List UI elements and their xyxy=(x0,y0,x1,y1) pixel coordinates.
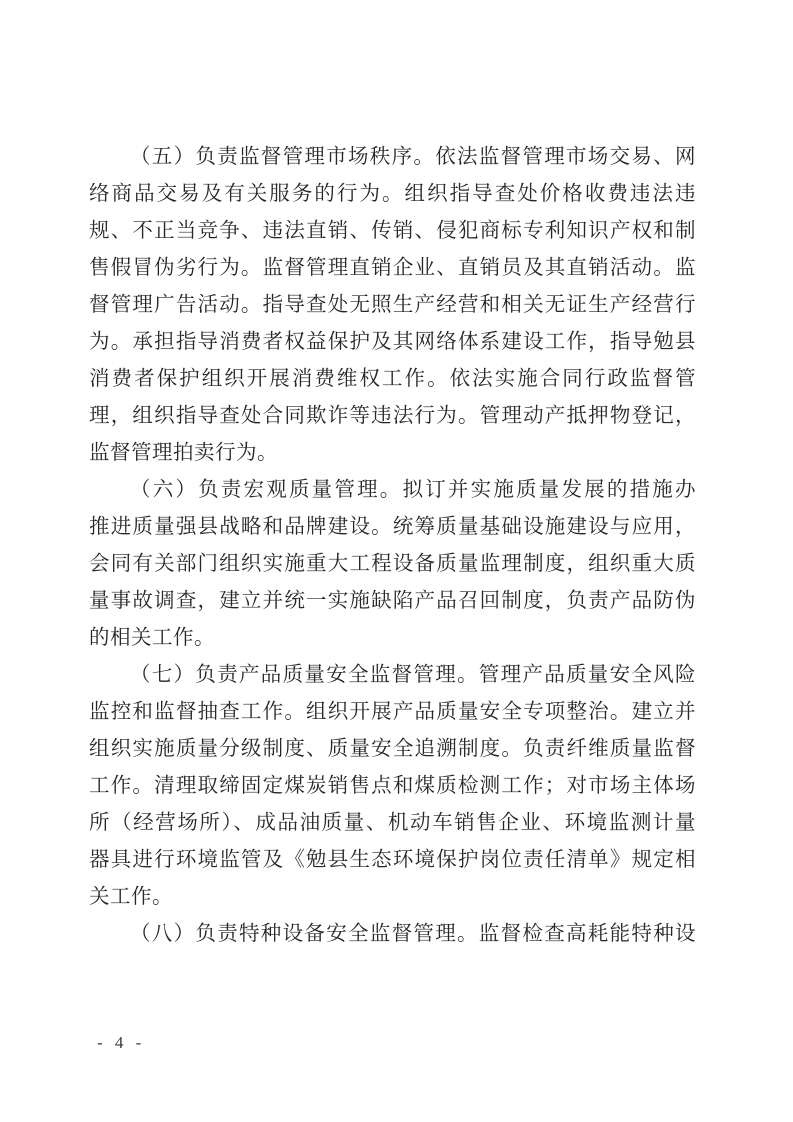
text-line: 量事故调查，建立并统一实施缺陷产品召回制度，负责产品防伪 xyxy=(89,583,696,620)
text-line: 理，组织指导查处合同欺诈等违法行为。管理动产抵押物登记， xyxy=(89,398,696,435)
text-line: 售假冒伪劣行为。监督管理直销企业、直销员及其直销活动。监 xyxy=(89,250,696,287)
page-number: - 4 - xyxy=(97,1033,145,1053)
text-line: 监督管理拍卖行为。 xyxy=(89,435,696,472)
document-page: （五）负责监督管理市场秩序。依法监督管理市场交易、网 络商品交易及有关服务的行为… xyxy=(0,0,793,1122)
text-line: 器具进行环境监管及《勉县生态环境保护岗位责任清单》规定相 xyxy=(89,842,696,879)
text-line: （七）负责产品质量安全监督管理。管理产品质量安全风险 xyxy=(89,657,696,694)
text-line: （五）负责监督管理市场秩序。依法监督管理市场交易、网 xyxy=(89,139,696,176)
text-line: （六）负责宏观质量管理。拟订并实施质量发展的措施办法， xyxy=(89,472,696,509)
text-line: （八）负责特种设备安全监督管理。监督检查高耗能特种设 xyxy=(89,916,696,953)
paragraph-item-5: （五）负责监督管理市场秩序。依法监督管理市场交易、网 络商品交易及有关服务的行为… xyxy=(89,139,696,472)
text-line: 督管理广告活动。指导查处无照生产经营和相关无证生产经营行 xyxy=(89,287,696,324)
text-line: 组织实施质量分级制度、质量安全追溯制度。负责纤维质量监督 xyxy=(89,731,696,768)
paragraph-item-8: （八）负责特种设备安全监督管理。监督检查高耗能特种设 xyxy=(89,916,696,953)
text-line: 所（经营场所）、成品油质量、机动车销售企业、环境监测计量 xyxy=(89,805,696,842)
paragraph-item-7: （七）负责产品质量安全监督管理。管理产品质量安全风险 监控和监督抽查工作。组织开… xyxy=(89,657,696,916)
text-line: 关工作。 xyxy=(89,879,696,916)
paragraph-item-6: （六）负责宏观质量管理。拟订并实施质量发展的措施办法， 推进质量强县战略和品牌建… xyxy=(89,472,696,657)
text-line: 为。承担指导消费者权益保护及其网络体系建设工作，指导勉县 xyxy=(89,324,696,361)
document-body: （五）负责监督管理市场秩序。依法监督管理市场交易、网 络商品交易及有关服务的行为… xyxy=(89,139,696,953)
text-line: 推进质量强县战略和品牌建设。统筹质量基础设施建设与应用， xyxy=(89,509,696,546)
text-line: 会同有关部门组织实施重大工程设备质量监理制度，组织重大质 xyxy=(89,546,696,583)
text-line: 消费者保护组织开展消费维权工作。依法实施合同行政监督管 xyxy=(89,361,696,398)
text-line: 规、不正当竞争、违法直销、传销、侵犯商标专利知识产权和制 xyxy=(89,213,696,250)
text-line: 工作。清理取缔固定煤炭销售点和煤质检测工作；对市场主体场 xyxy=(89,768,696,805)
text-line: 络商品交易及有关服务的行为。组织指导查处价格收费违法违 xyxy=(89,176,696,213)
text-line: 的相关工作。 xyxy=(89,620,696,657)
text-line: 监控和监督抽查工作。组织开展产品质量安全专项整治。建立并 xyxy=(89,694,696,731)
